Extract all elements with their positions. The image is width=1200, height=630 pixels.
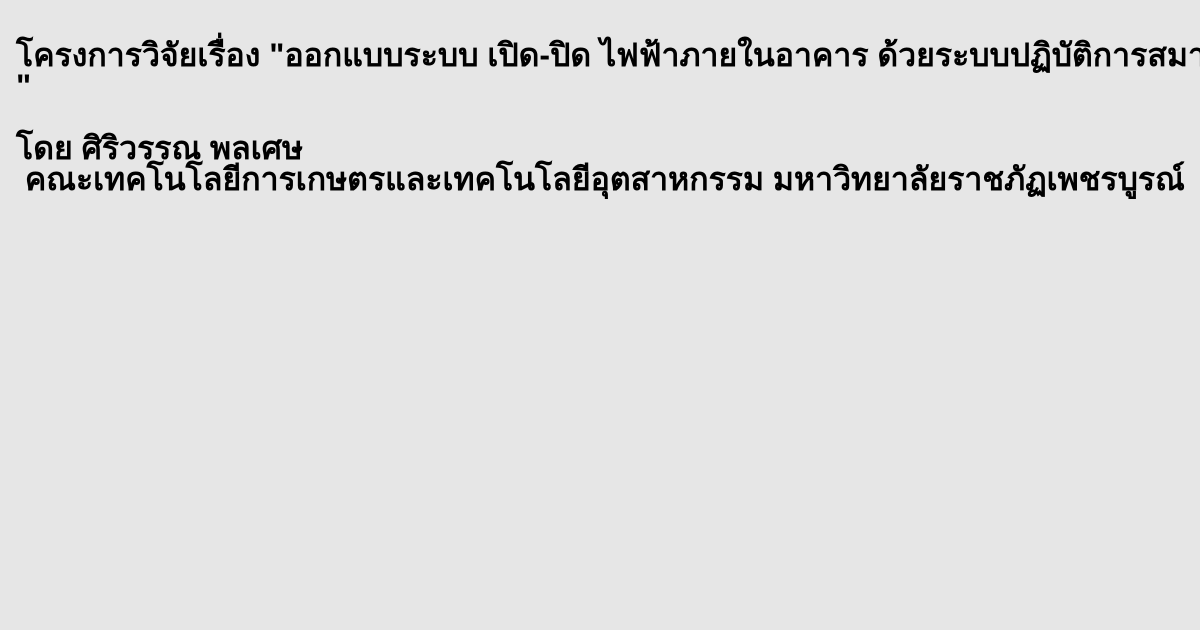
faculty-affiliation: คณะเทคโนโลยีการเกษตรและเทคโนโลยีอุตสาหกร… (16, 164, 1190, 195)
research-title-closing-quote: " (16, 71, 1190, 102)
blank-line (16, 102, 1190, 133)
research-title-line-1: โครงการวิจัยเรื่อง "ออกแบบระบบ เปิด-ปิด … (16, 40, 1190, 71)
text-card: โครงการวิจัยเรื่อง "ออกแบบระบบ เปิด-ปิด … (0, 0, 1200, 630)
author-byline: โดย ศิริวรรณ พลเศษ (16, 133, 1190, 164)
